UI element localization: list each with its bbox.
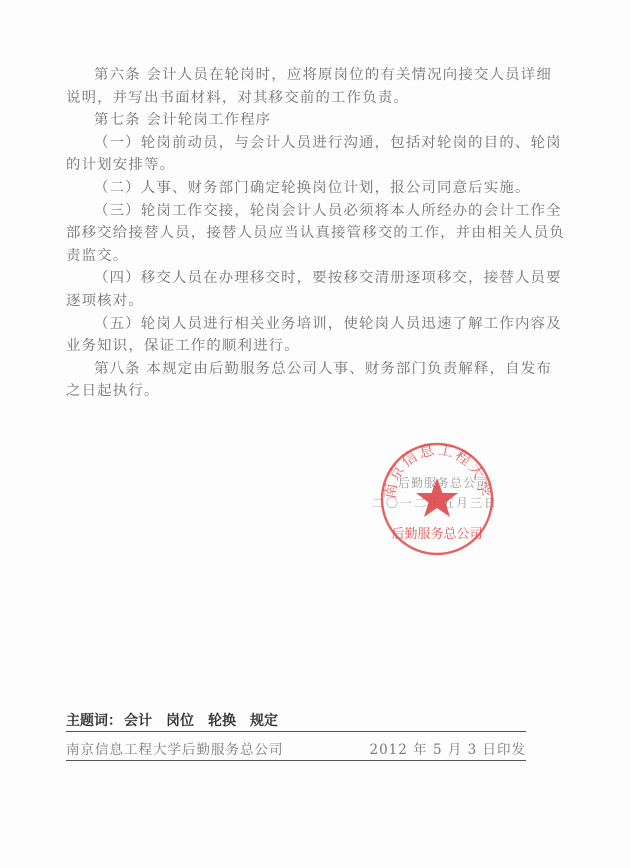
issue-date: 2012 年 5 月 3 日印发 <box>370 740 527 760</box>
paragraph-line: （四）移交人员在办理移交时，要按移交清册逐项移交，接替人员要 <box>66 267 526 290</box>
paragraph-line: （一）轮岗前动员，与会计人员进行沟通，包括对轮岗的目的、轮岗 <box>66 132 526 155</box>
paragraph-line: 逐项核对。 <box>66 290 526 313</box>
official-seal: 南京信息工程大学 后勤服务总公司 <box>378 440 496 558</box>
paragraph-line: 第六条 会计人员在轮岗时，应将原岗位的有关情况向接交人员详细 <box>66 64 526 87</box>
issuer-row: 南京信息工程大学后勤服务总公司 2012 年 5 月 3 日印发 <box>66 740 526 761</box>
keyword: 岗位 <box>166 713 194 729</box>
keywords-row: 主题词：会计岗位轮换规定 <box>66 711 526 732</box>
paragraph-line: （五）轮岗人员进行相关业务培训，使轮岗人员迅速了解工作内容及 <box>66 313 526 336</box>
article-heading: 第七条 会计轮岗工作程序 <box>66 109 526 132</box>
keyword: 轮换 <box>208 713 236 729</box>
paragraph-line: 说明，并写出书面材料，对其移交前的工作负责。 <box>66 87 526 110</box>
paragraph-line: （三）轮岗工作交接，轮岗会计人员必须将本人所经办的会计工作全 <box>66 200 526 223</box>
paragraph-line: 责监交。 <box>66 245 526 268</box>
keywords-label: 主题词： <box>66 713 122 729</box>
keyword: 规定 <box>250 713 278 729</box>
paragraph-line: 部移交给接替人员，接替人员应当认真接管移交的工作，并由相关人员负 <box>66 222 526 245</box>
paragraph-line: 的计划安排等。 <box>66 154 526 177</box>
keyword: 会计 <box>124 713 152 729</box>
paragraph-line: 业务知识，保证工作的顺利进行。 <box>66 335 526 358</box>
paragraph-line: （二）人事、财务部门确定轮换岗位计划，报公司同意后实施。 <box>66 177 526 200</box>
paragraph-line: 之日起执行。 <box>66 380 526 403</box>
seal-inner-text: 后勤服务总公司 <box>391 526 482 542</box>
document-page: 第六条 会计人员在轮岗时，应将原岗位的有关情况向接交人员详细 说明，并写出书面材… <box>0 0 630 868</box>
issuer-name: 南京信息工程大学后勤服务总公司 <box>66 740 284 760</box>
paragraph-line: 第八条 本规定由后勤服务总公司人事、财务部门负责解释，自发布 <box>66 358 526 381</box>
seal-icon: 南京信息工程大学 后勤服务总公司 <box>378 440 496 558</box>
document-body: 第六条 会计人员在轮岗时，应将原岗位的有关情况向接交人员详细 说明，并写出书面材… <box>66 64 526 403</box>
